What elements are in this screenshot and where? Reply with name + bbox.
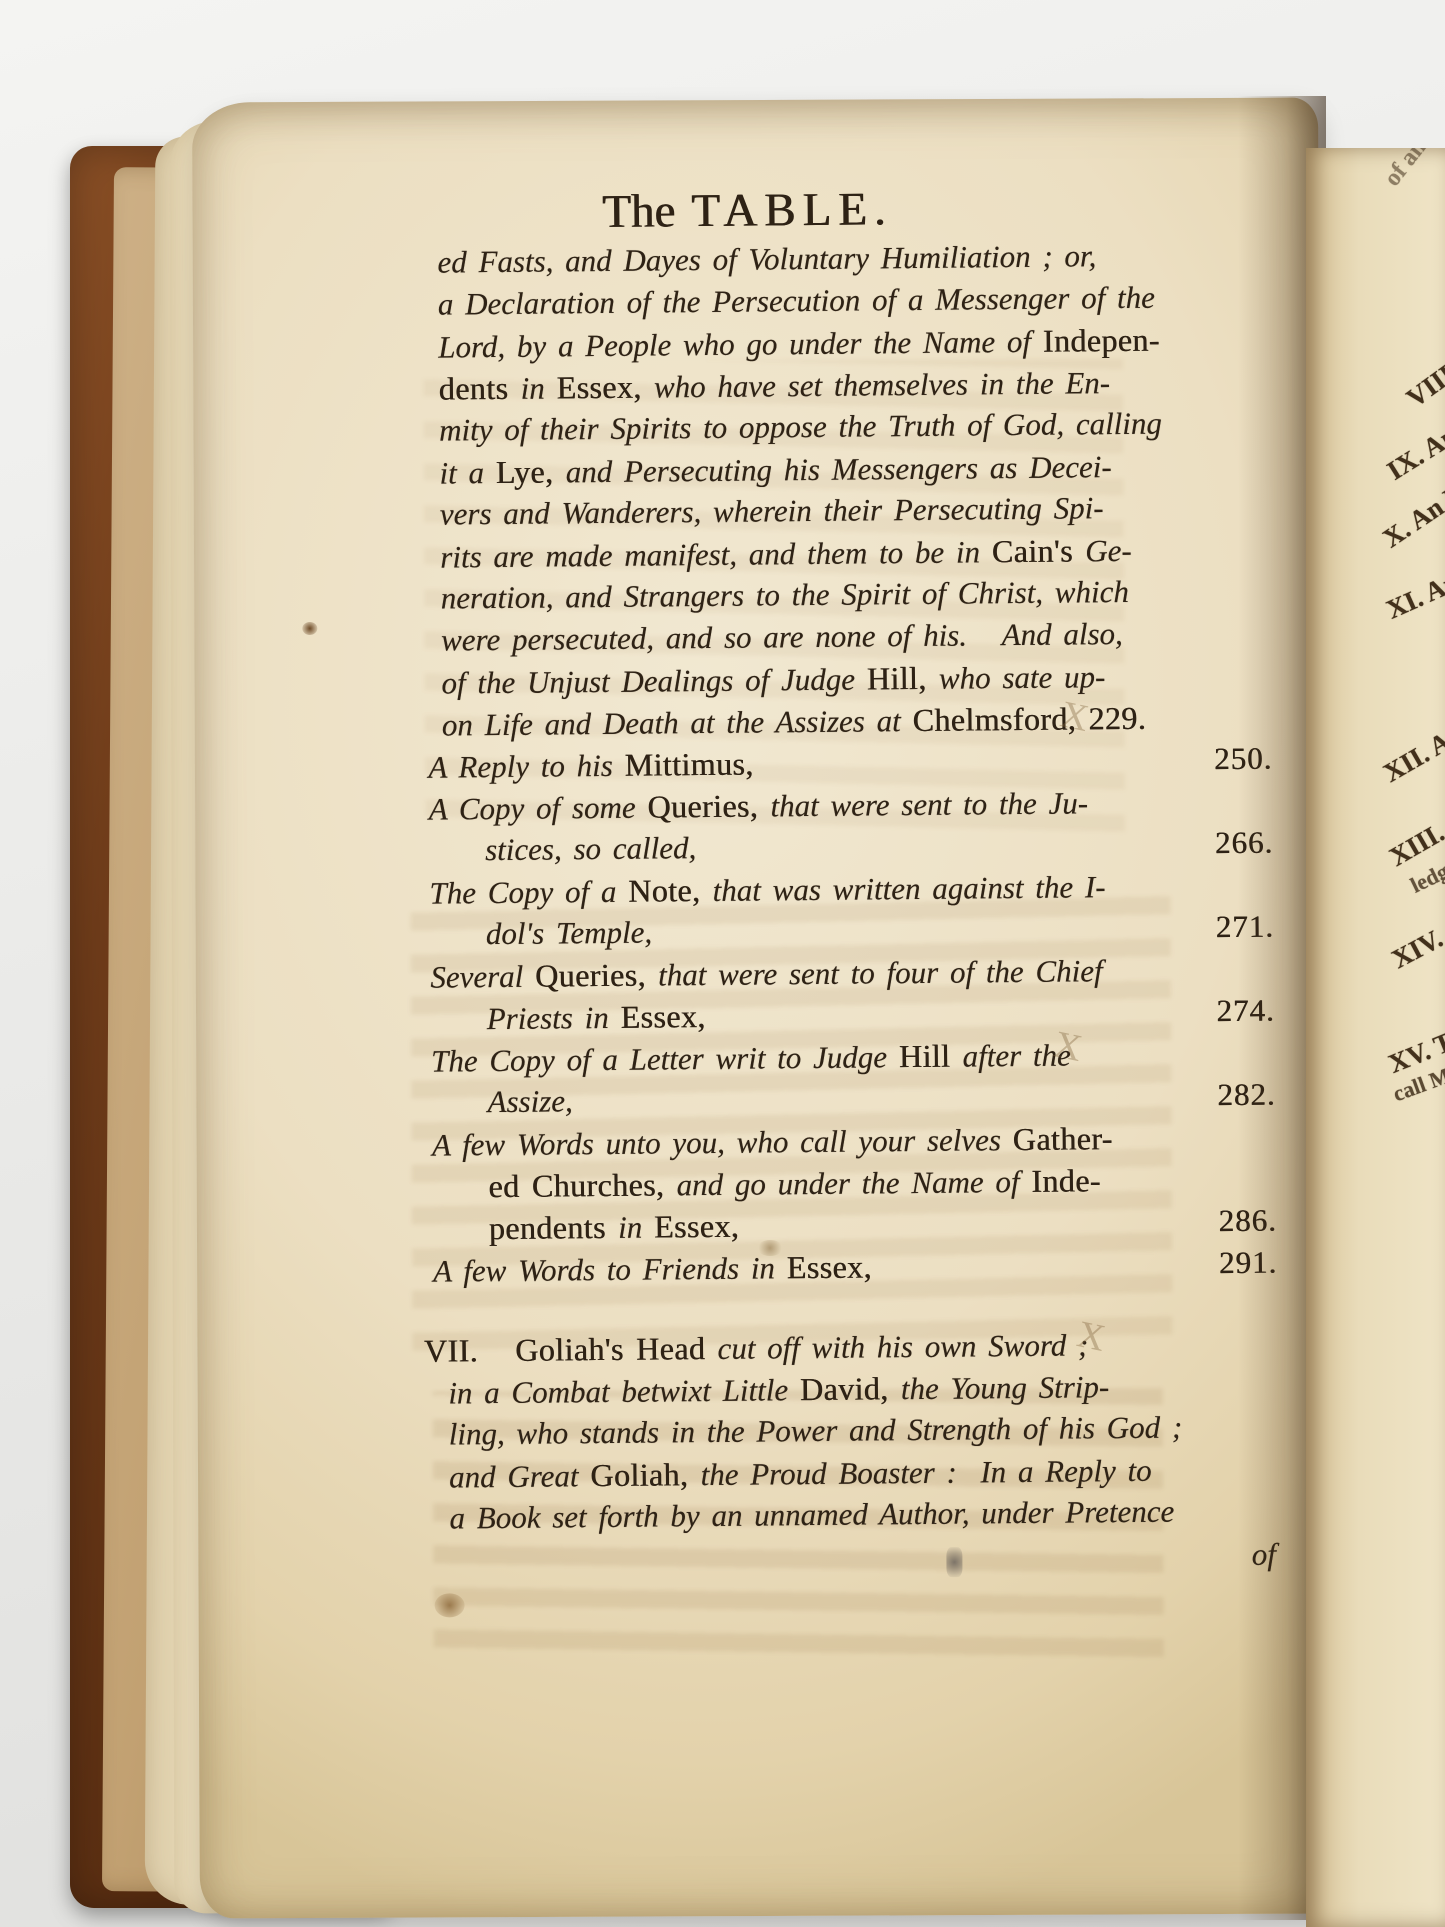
italic-text-segment: on Life and Death at the Assizes at bbox=[442, 703, 913, 743]
stain bbox=[435, 1593, 465, 1617]
italic-text-segment: that were sent to the Ju- bbox=[770, 785, 1088, 823]
text-line: mity of their Spirits to oppose the Trut… bbox=[439, 402, 1269, 452]
page-number: 250. bbox=[1214, 738, 1273, 781]
adjacent-page: of anVIII.IX. AnX. An EXI. AnXII. AXIII.… bbox=[1306, 148, 1445, 1927]
italic-text-segment: Several bbox=[430, 959, 535, 995]
italic-text-segment: Lord, by a People who go under the Name … bbox=[438, 324, 1043, 365]
italic-text-segment: the Proud Boaster : In a Reply to bbox=[700, 1453, 1151, 1492]
italic-text-segment: Priests in bbox=[487, 1000, 621, 1036]
italic-text-segment: neration, and Strangers to the Spirit of… bbox=[441, 574, 1130, 616]
italic-text-segment: cut off with his own Sword ; bbox=[717, 1327, 1088, 1366]
italic-text-segment: The Copy of a Letter writ to Judge bbox=[431, 1039, 899, 1078]
roman-text-segment: Gather- bbox=[1013, 1120, 1113, 1157]
page-number: 266. bbox=[1215, 822, 1274, 865]
italic-text-segment: rits are made manifest, and them to be i… bbox=[440, 534, 992, 574]
text-lines: ed Fasts, and Dayes of Voluntary Humilia… bbox=[437, 234, 1279, 1540]
text-line: ling, who stands in the Power and Streng… bbox=[449, 1406, 1279, 1456]
roman-text-segment: Queries, bbox=[535, 956, 658, 993]
roman-text-segment: Note, bbox=[628, 872, 713, 909]
italic-text-segment: dol's Temple, bbox=[486, 915, 653, 952]
text-line: 286.pendents in Essex, bbox=[489, 1200, 1277, 1250]
italic-text-segment: who have set themselves in the En- bbox=[654, 365, 1110, 404]
italic-text-segment: in bbox=[618, 1210, 654, 1245]
page-number: 291. bbox=[1219, 1242, 1278, 1285]
italic-text-segment: The Copy of a bbox=[429, 874, 628, 911]
italic-text-segment: a Book set forth by an unnamed Author, u… bbox=[449, 1494, 1174, 1536]
italic-text-segment: A few Words unto you, who call your selv… bbox=[432, 1122, 1013, 1163]
italic-text-segment: A Reply to his bbox=[428, 748, 625, 785]
roman-text-segment: David, bbox=[800, 1370, 901, 1407]
roman-text-segment: Lye, bbox=[496, 453, 566, 490]
roman-text-segment: Indepen- bbox=[1043, 322, 1160, 359]
adjacent-page-text-fragment: VIII. bbox=[1401, 355, 1445, 414]
italic-text-segment: mity of their Spirits to oppose the Trut… bbox=[439, 406, 1162, 448]
text-line: a Book set forth by an unnamed Author, u… bbox=[449, 1490, 1279, 1540]
italic-text-segment: of the Unjust Dealings of Judge bbox=[441, 661, 867, 700]
roman-text-segment: Essex, bbox=[654, 1208, 739, 1245]
page-title: TheTABLE. bbox=[602, 178, 1268, 240]
roman-text-segment: Essex, bbox=[556, 369, 654, 406]
adjacent-page-text-fragment: XIV. bbox=[1387, 923, 1445, 975]
italic-text-segment: Assize, bbox=[487, 1083, 573, 1119]
roman-text-segment: Essex, bbox=[787, 1248, 872, 1285]
table-of-contents: TheTABLE. ed Fasts, and Dayes of Volunta… bbox=[437, 178, 1280, 1584]
italic-text-segment: ed Fasts, and Dayes of Voluntary Humilia… bbox=[437, 238, 1096, 279]
text-line: 266.stices, so called, bbox=[485, 822, 1273, 872]
adjacent-page-text-fragment: XII. A bbox=[1378, 726, 1445, 789]
italic-text-segment: A few Words to Friends in bbox=[433, 1250, 787, 1288]
italic-text-segment: and Persecuting his Messengers as Decei- bbox=[566, 449, 1112, 489]
roman-text-segment: Goliah, bbox=[590, 1456, 701, 1493]
book-photograph: TheTABLE. ed Fasts, and Dayes of Volunta… bbox=[0, 0, 1445, 1927]
adjacent-page-text-fragment: of an bbox=[1379, 148, 1432, 192]
ghost-marks: XXX bbox=[192, 98, 1318, 103]
italic-text-segment: the Young Strip- bbox=[901, 1369, 1110, 1406]
stain bbox=[302, 622, 317, 635]
roman-text-segment: ed Churches, bbox=[488, 1166, 677, 1204]
catchword: of bbox=[450, 1534, 1280, 1584]
adjacent-page-text-fragment: X. An E bbox=[1377, 478, 1445, 554]
italic-text-segment: that were sent to four of the Chief bbox=[658, 953, 1103, 992]
roman-text-segment: VII. Goliah's Head bbox=[424, 1330, 718, 1369]
book-page: TheTABLE. ed Fasts, and Dayes of Volunta… bbox=[192, 98, 1326, 1919]
italic-text-segment: that was written against the I- bbox=[713, 869, 1106, 908]
roman-text-segment: dents bbox=[439, 370, 521, 407]
roman-text-segment: Cain's bbox=[992, 532, 1086, 569]
adjacent-page-text-fragment: IX. An bbox=[1382, 420, 1445, 487]
page-number: 286. bbox=[1218, 1200, 1277, 1243]
text-line: ed Churches, and go under the Name of In… bbox=[488, 1158, 1276, 1208]
text-line: 282.Assize, bbox=[487, 1074, 1275, 1124]
page-number: 271. bbox=[1215, 906, 1274, 949]
roman-text-segment: Inde- bbox=[1031, 1162, 1101, 1199]
text-line: 271.dol's Temple, bbox=[486, 906, 1274, 956]
roman-text-segment: pendents bbox=[489, 1209, 619, 1246]
roman-text-segment: Hill, bbox=[867, 660, 940, 697]
italic-text-segment: a Declaration of the Persecution of a Me… bbox=[438, 280, 1155, 322]
page-number: 274. bbox=[1216, 990, 1275, 1033]
italic-text-segment: in bbox=[520, 370, 556, 405]
italic-text-segment: A Copy of some bbox=[429, 790, 648, 827]
italic-text-segment: who sate up- bbox=[939, 659, 1106, 696]
italic-text-segment: ling, who stands in the Power and Streng… bbox=[449, 1409, 1183, 1451]
italic-text-segment: and Great bbox=[449, 1458, 591, 1494]
roman-text-segment: Queries, bbox=[647, 787, 770, 824]
italic-text-segment: it a bbox=[439, 455, 496, 491]
text-line: Lord, by a People who go under the Name … bbox=[438, 318, 1268, 368]
roman-text-segment: Mittimus, bbox=[624, 746, 753, 783]
italic-text-segment: vers and Wanderers, wherein their Persec… bbox=[440, 490, 1104, 531]
title-word-the: The bbox=[602, 185, 676, 238]
adjacent-page-text-fragment: XI. An bbox=[1382, 566, 1445, 625]
italic-text-segment: and go under the Name of bbox=[676, 1164, 1031, 1202]
title-word-table: TABLE. bbox=[691, 183, 893, 237]
page-number: 282. bbox=[1217, 1074, 1276, 1117]
italic-text-segment: in a Combat betwixt Little bbox=[448, 1372, 800, 1410]
italic-text-segment: stices, so called, bbox=[485, 830, 697, 867]
text-line: 291.A few Words to Friends in Essex, bbox=[433, 1242, 1277, 1292]
italic-text-segment: were persecuted, and so are none of his.… bbox=[441, 616, 1123, 658]
roman-text-segment: Chelmsford, 229. bbox=[912, 700, 1146, 738]
italic-text-segment: Ge- bbox=[1085, 533, 1132, 568]
roman-text-segment: Essex, bbox=[620, 998, 705, 1035]
roman-text-segment: Hill bbox=[899, 1038, 963, 1075]
